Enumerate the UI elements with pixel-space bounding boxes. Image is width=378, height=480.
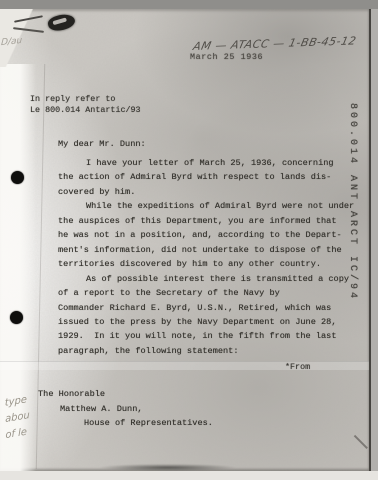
bottom-edge-smudge: [100, 464, 235, 471]
address-line: House of Representatives.: [38, 416, 213, 431]
corner-pen-tick: [354, 435, 368, 449]
date-stamp: March 25 1936: [190, 52, 263, 62]
handwritten-file-annotation: AM — ATACC — 1-BB-45-12: [192, 34, 366, 53]
body-line: territories discovered by him to any oth…: [58, 257, 348, 271]
body-line: As of possible interest there is transmi…: [58, 272, 348, 286]
hole-punch-icon: [11, 171, 24, 184]
footnote-marker: *From: [285, 362, 310, 372]
body-line: the auspices of this Department, you are…: [58, 214, 348, 228]
address-line: Matthew A. Dunn,: [38, 402, 213, 417]
horizontal-crease: [0, 361, 369, 370]
body-line: I have your letter of March 25, 1936, co…: [58, 156, 348, 170]
body-line: 1929. In it you will note, in the fifth …: [58, 329, 348, 343]
body-line: ment's information, did not undertake to…: [58, 243, 348, 257]
body-line: the action of Admiral Byrd with respect …: [58, 170, 348, 184]
address-line: The Honorable: [38, 387, 213, 402]
right-margin-file-stamp: 800.014 ANT ARCT IC/94: [347, 103, 358, 339]
letter-page: AM — ATACC — 1-BB-45-12 March 25 1936 In…: [0, 9, 371, 471]
body-line: covered by him.: [58, 185, 348, 199]
body-line: While the expeditions of Admiral Byrd we…: [58, 199, 348, 213]
salutation: My dear Mr. Dunn:: [58, 139, 146, 149]
torn-corner-ink-blot: [47, 12, 77, 32]
recipient-address-block: The Honorable Matthew A. Dunn, House of …: [38, 387, 213, 431]
body-line: he was not in a position, and, according…: [58, 228, 348, 242]
reply-reference-line1: In reply refer to: [30, 94, 141, 105]
body-line: of a report to the Secretary of the Navy…: [58, 286, 348, 300]
reply-reference-block: In reply refer to Le 800.014 Antartic/93: [30, 94, 141, 116]
pencil-margin-note: type abou of le: [5, 392, 30, 444]
body-line: issued to the press by the Navy Departme…: [58, 315, 348, 329]
hole-punch-icon: [10, 311, 23, 324]
scan-background-bottom: [0, 471, 378, 480]
scanned-letter: AM — ATACC — 1-BB-45-12 March 25 1936 In…: [0, 0, 378, 480]
body-line: paragraph, the following statement:: [58, 344, 348, 358]
letter-body: I have your letter of March 25, 1936, co…: [58, 156, 348, 358]
body-line: Commander Richard E. Byrd, U.S.N., Retir…: [58, 301, 348, 315]
reply-reference-line2: Le 800.014 Antartic/93: [30, 105, 141, 116]
